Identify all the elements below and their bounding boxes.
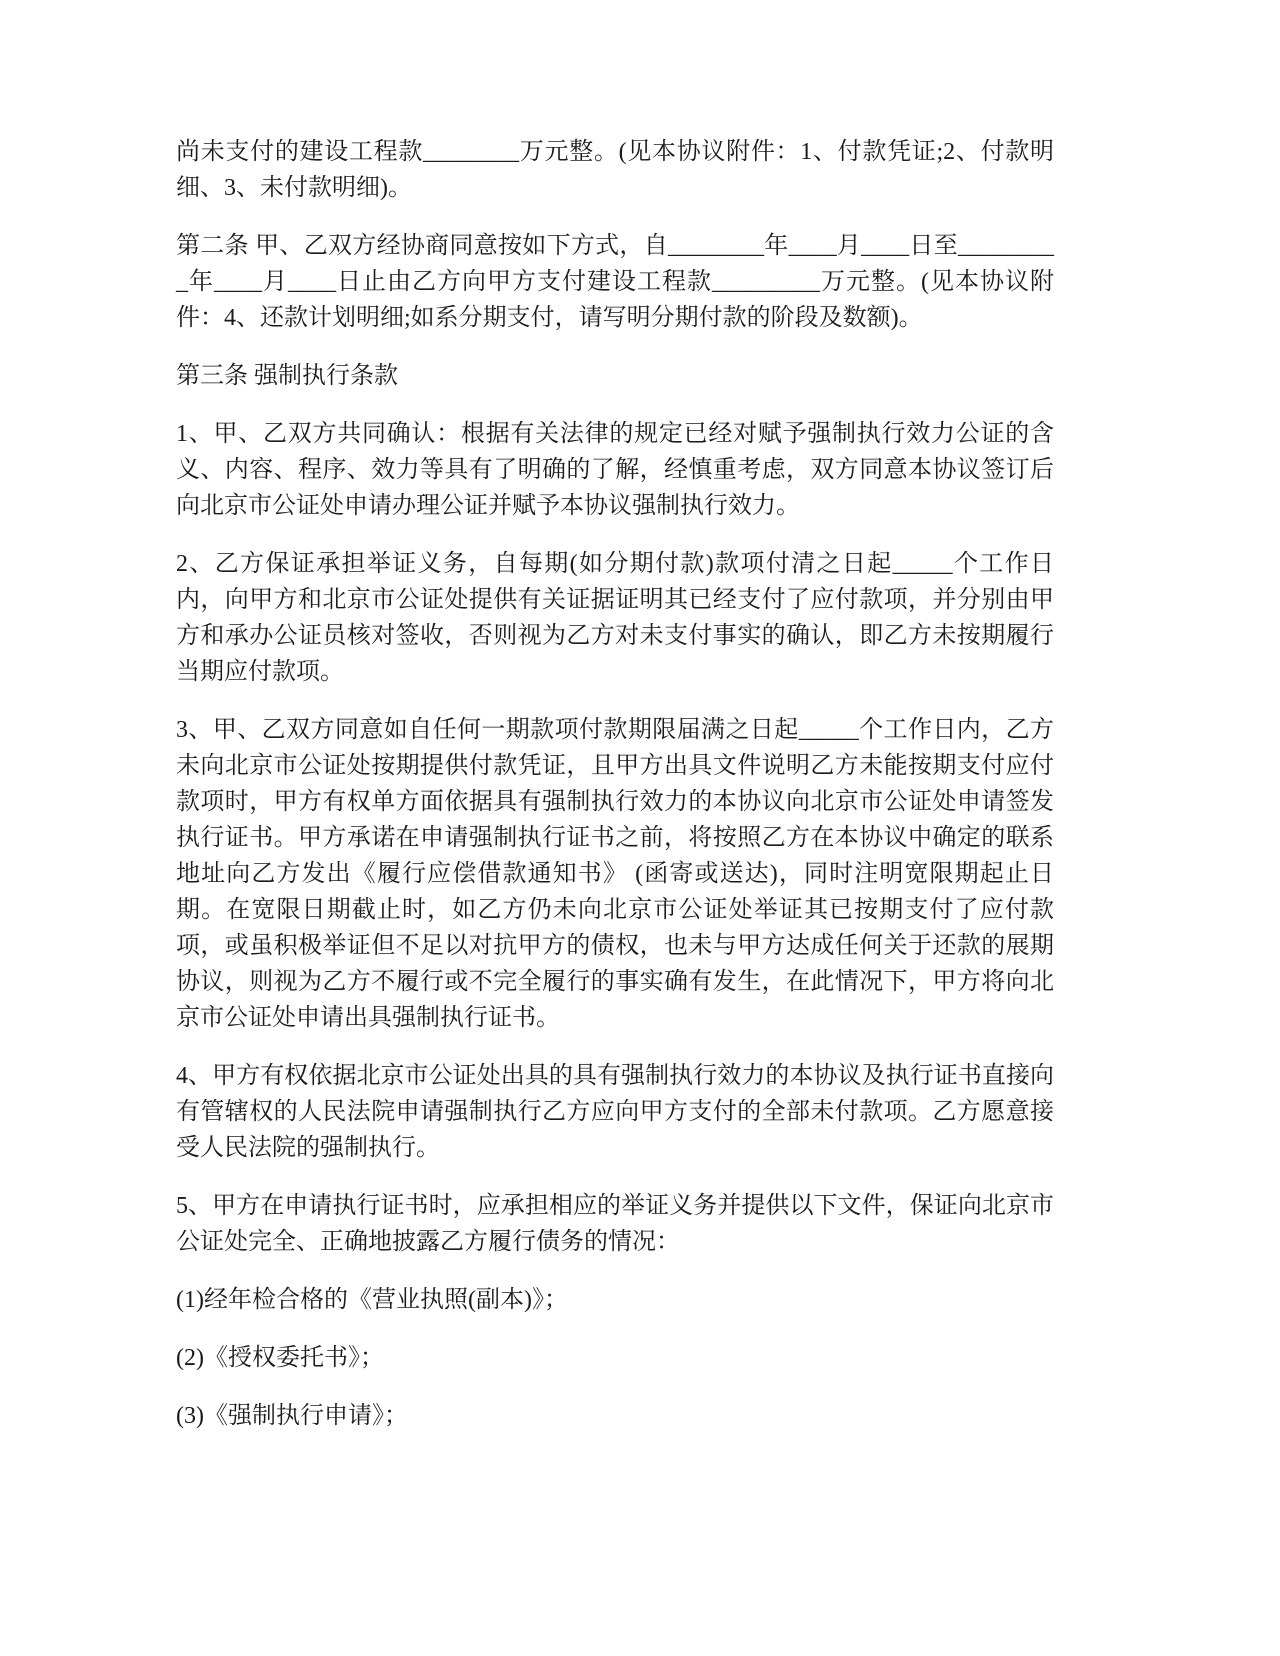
clause-3-item-1-mutual-confirmation: 1、甲、乙双方共同确认：根据有关法律的规定已经对赋予强制执行效力公证的含义、内容… [176,416,1054,524]
clause-3-item-3-enforcement-certificate: 3、甲、乙双方同意如自任何一期款项付款期限届满之日起_____个工作日内，乙方未… [176,712,1054,1036]
clause-3-item-4-court-enforcement: 4、甲方有权依据北京市公证处出具的具有强制执行效力的本协议及执行证书直接向有管辖… [176,1058,1054,1166]
contract-text-body: 尚未支付的建设工程款________万元整。(见本协议附件：1、付款凭证;2、付… [176,134,1054,1434]
clause-2-payment-schedule: 第二条 甲、乙双方经协商同意按如下方式，自________年____月____日… [176,228,1054,336]
clause-3-heading-enforcement: 第三条 强制执行条款 [176,358,1054,394]
document-page: 尚未支付的建设工程款________万元整。(见本协议附件：1、付款凭证;2、付… [0,0,1280,1656]
document-list-item-2-power-of-attorney: (2)《授权委托书》； [176,1340,1054,1376]
clause-3-item-2-proof-obligation: 2、乙方保证承担举证义务，自每期(如分期付款)款项付清之日起_____个工作日内… [176,546,1054,690]
para-unpaid-construction-amount: 尚未支付的建设工程款________万元整。(见本协议附件：1、付款凭证;2、付… [176,134,1054,206]
document-list-item-3-enforcement-application: (3)《强制执行申请》； [176,1398,1054,1434]
clause-3-item-5-document-list-intro: 5、甲方在申请执行证书时，应承担相应的举证义务并提供以下文件，保证向北京市公证处… [176,1188,1054,1260]
document-list-item-1-business-license: (1)经年检合格的《营业执照(副本)》； [176,1282,1054,1318]
